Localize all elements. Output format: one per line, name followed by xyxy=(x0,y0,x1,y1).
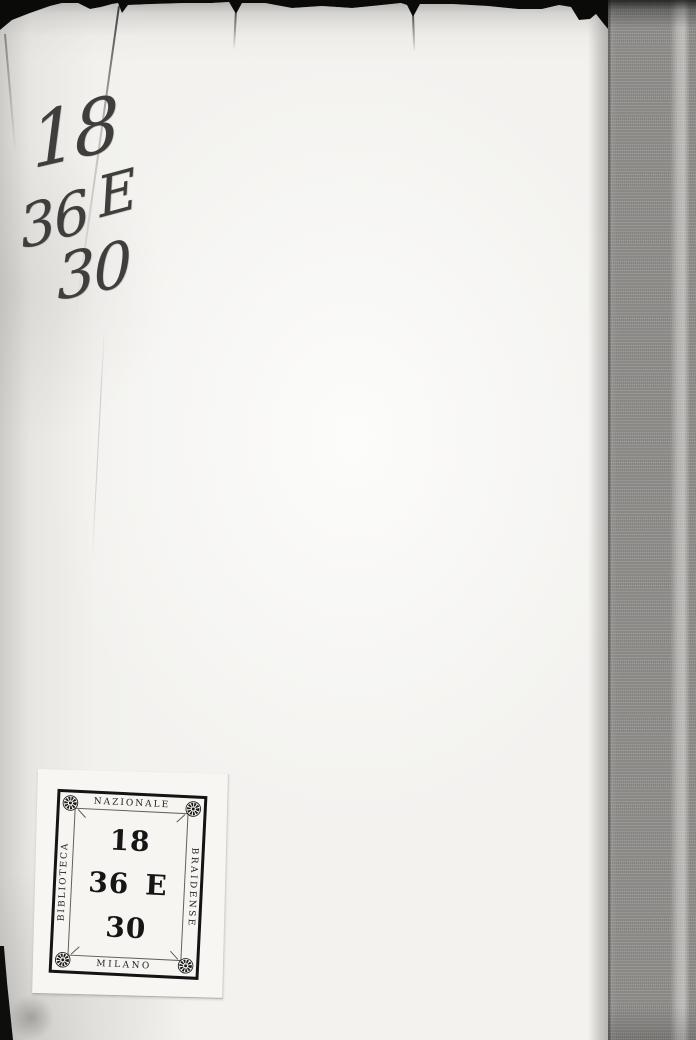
paper-crack-line xyxy=(233,10,237,50)
paper-crack-line xyxy=(412,14,415,52)
paper-smudge xyxy=(8,995,54,1040)
book-spine xyxy=(608,0,696,1040)
shelfmark-line-3: 30 xyxy=(105,913,147,943)
paper-crease-line xyxy=(4,34,16,154)
page-edge-shadow xyxy=(588,0,608,1040)
bookplate-label: NAZIONALE BIBLIOTECA BRAIDENSE MILANO 18… xyxy=(32,769,229,999)
stamp-word-bottom: MILANO xyxy=(74,958,174,973)
stamp-shelfmark: 18 36 E 30 xyxy=(69,809,188,960)
hw-shelfmark-line-3: 30 xyxy=(56,232,131,310)
shelfmark-line-1: 18 xyxy=(109,826,151,856)
shelfmark-line-2: 36 E xyxy=(88,868,169,900)
book-cover-scan: 18 36 E 30 xyxy=(0,0,696,1040)
hw-shelfmark-letter: E xyxy=(95,161,139,229)
cover-paper: 18 36 E 30 xyxy=(0,0,608,1040)
shelfmark-letter: E xyxy=(145,871,169,900)
paper-crease-line xyxy=(92,325,105,560)
shelfmark-number: 36 xyxy=(88,868,130,898)
bookplate-frame: NAZIONALE BIBLIOTECA BRAIDENSE MILANO 18… xyxy=(49,789,208,980)
